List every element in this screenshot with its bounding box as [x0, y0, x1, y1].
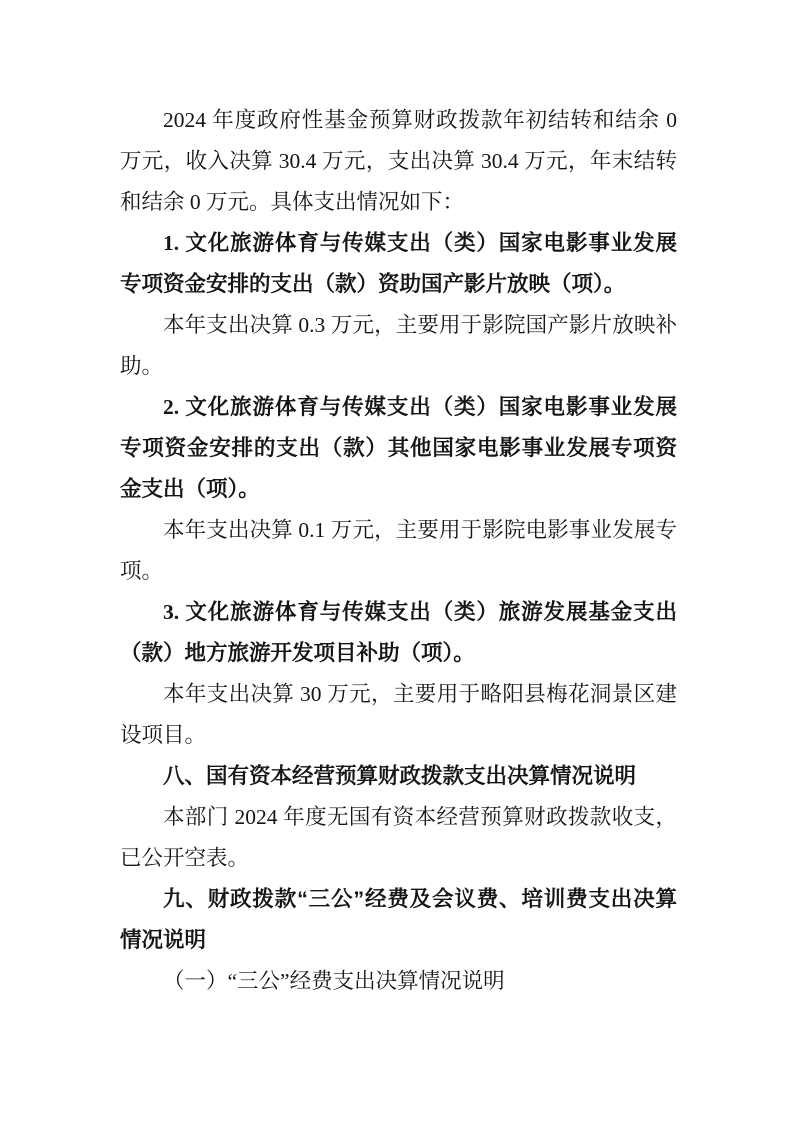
- item-heading: 2. 文化旅游体育与传媒支出（类）国家电影事业发展专项资金安排的支出（款）其他国…: [120, 387, 677, 510]
- document-page: 2024 年度政府性基金预算财政拨款年初结转和结余 0 万元，收入决算 30.4…: [0, 0, 793, 1122]
- item-heading: 3. 文化旅游体育与传媒支出（类）旅游发展基金支出（款）地方旅游开发项目补助（项…: [120, 592, 677, 674]
- body-paragraph: （一）“三公”经费支出决算情况说明: [120, 961, 677, 1002]
- body-paragraph: 本部门 2024 年度无国有资本经营预算财政拨款收支，已公开空表。: [120, 797, 677, 879]
- document-body: 2024 年度政府性基金预算财政拨款年初结转和结余 0 万元，收入决算 30.4…: [120, 100, 677, 1002]
- body-paragraph: 本年支出决算 0.3 万元，主要用于影院国产影片放映补助。: [120, 305, 677, 387]
- body-paragraph: 本年支出决算 0.1 万元，主要用于影院电影事业发展专项。: [120, 510, 677, 592]
- section-heading: 八、国有资本经营预算财政拨款支出决算情况说明: [120, 756, 677, 797]
- item-heading: 1. 文化旅游体育与传媒支出（类）国家电影事业发展专项资金安排的支出（款）资助国…: [120, 223, 677, 305]
- body-paragraph: 2024 年度政府性基金预算财政拨款年初结转和结余 0 万元，收入决算 30.4…: [120, 100, 677, 223]
- body-paragraph: 本年支出决算 30 万元，主要用于略阳县梅花洞景区建设项目。: [120, 674, 677, 756]
- section-heading: 九、财政拨款“三公”经费及会议费、培训费支出决算情况说明: [120, 879, 677, 961]
